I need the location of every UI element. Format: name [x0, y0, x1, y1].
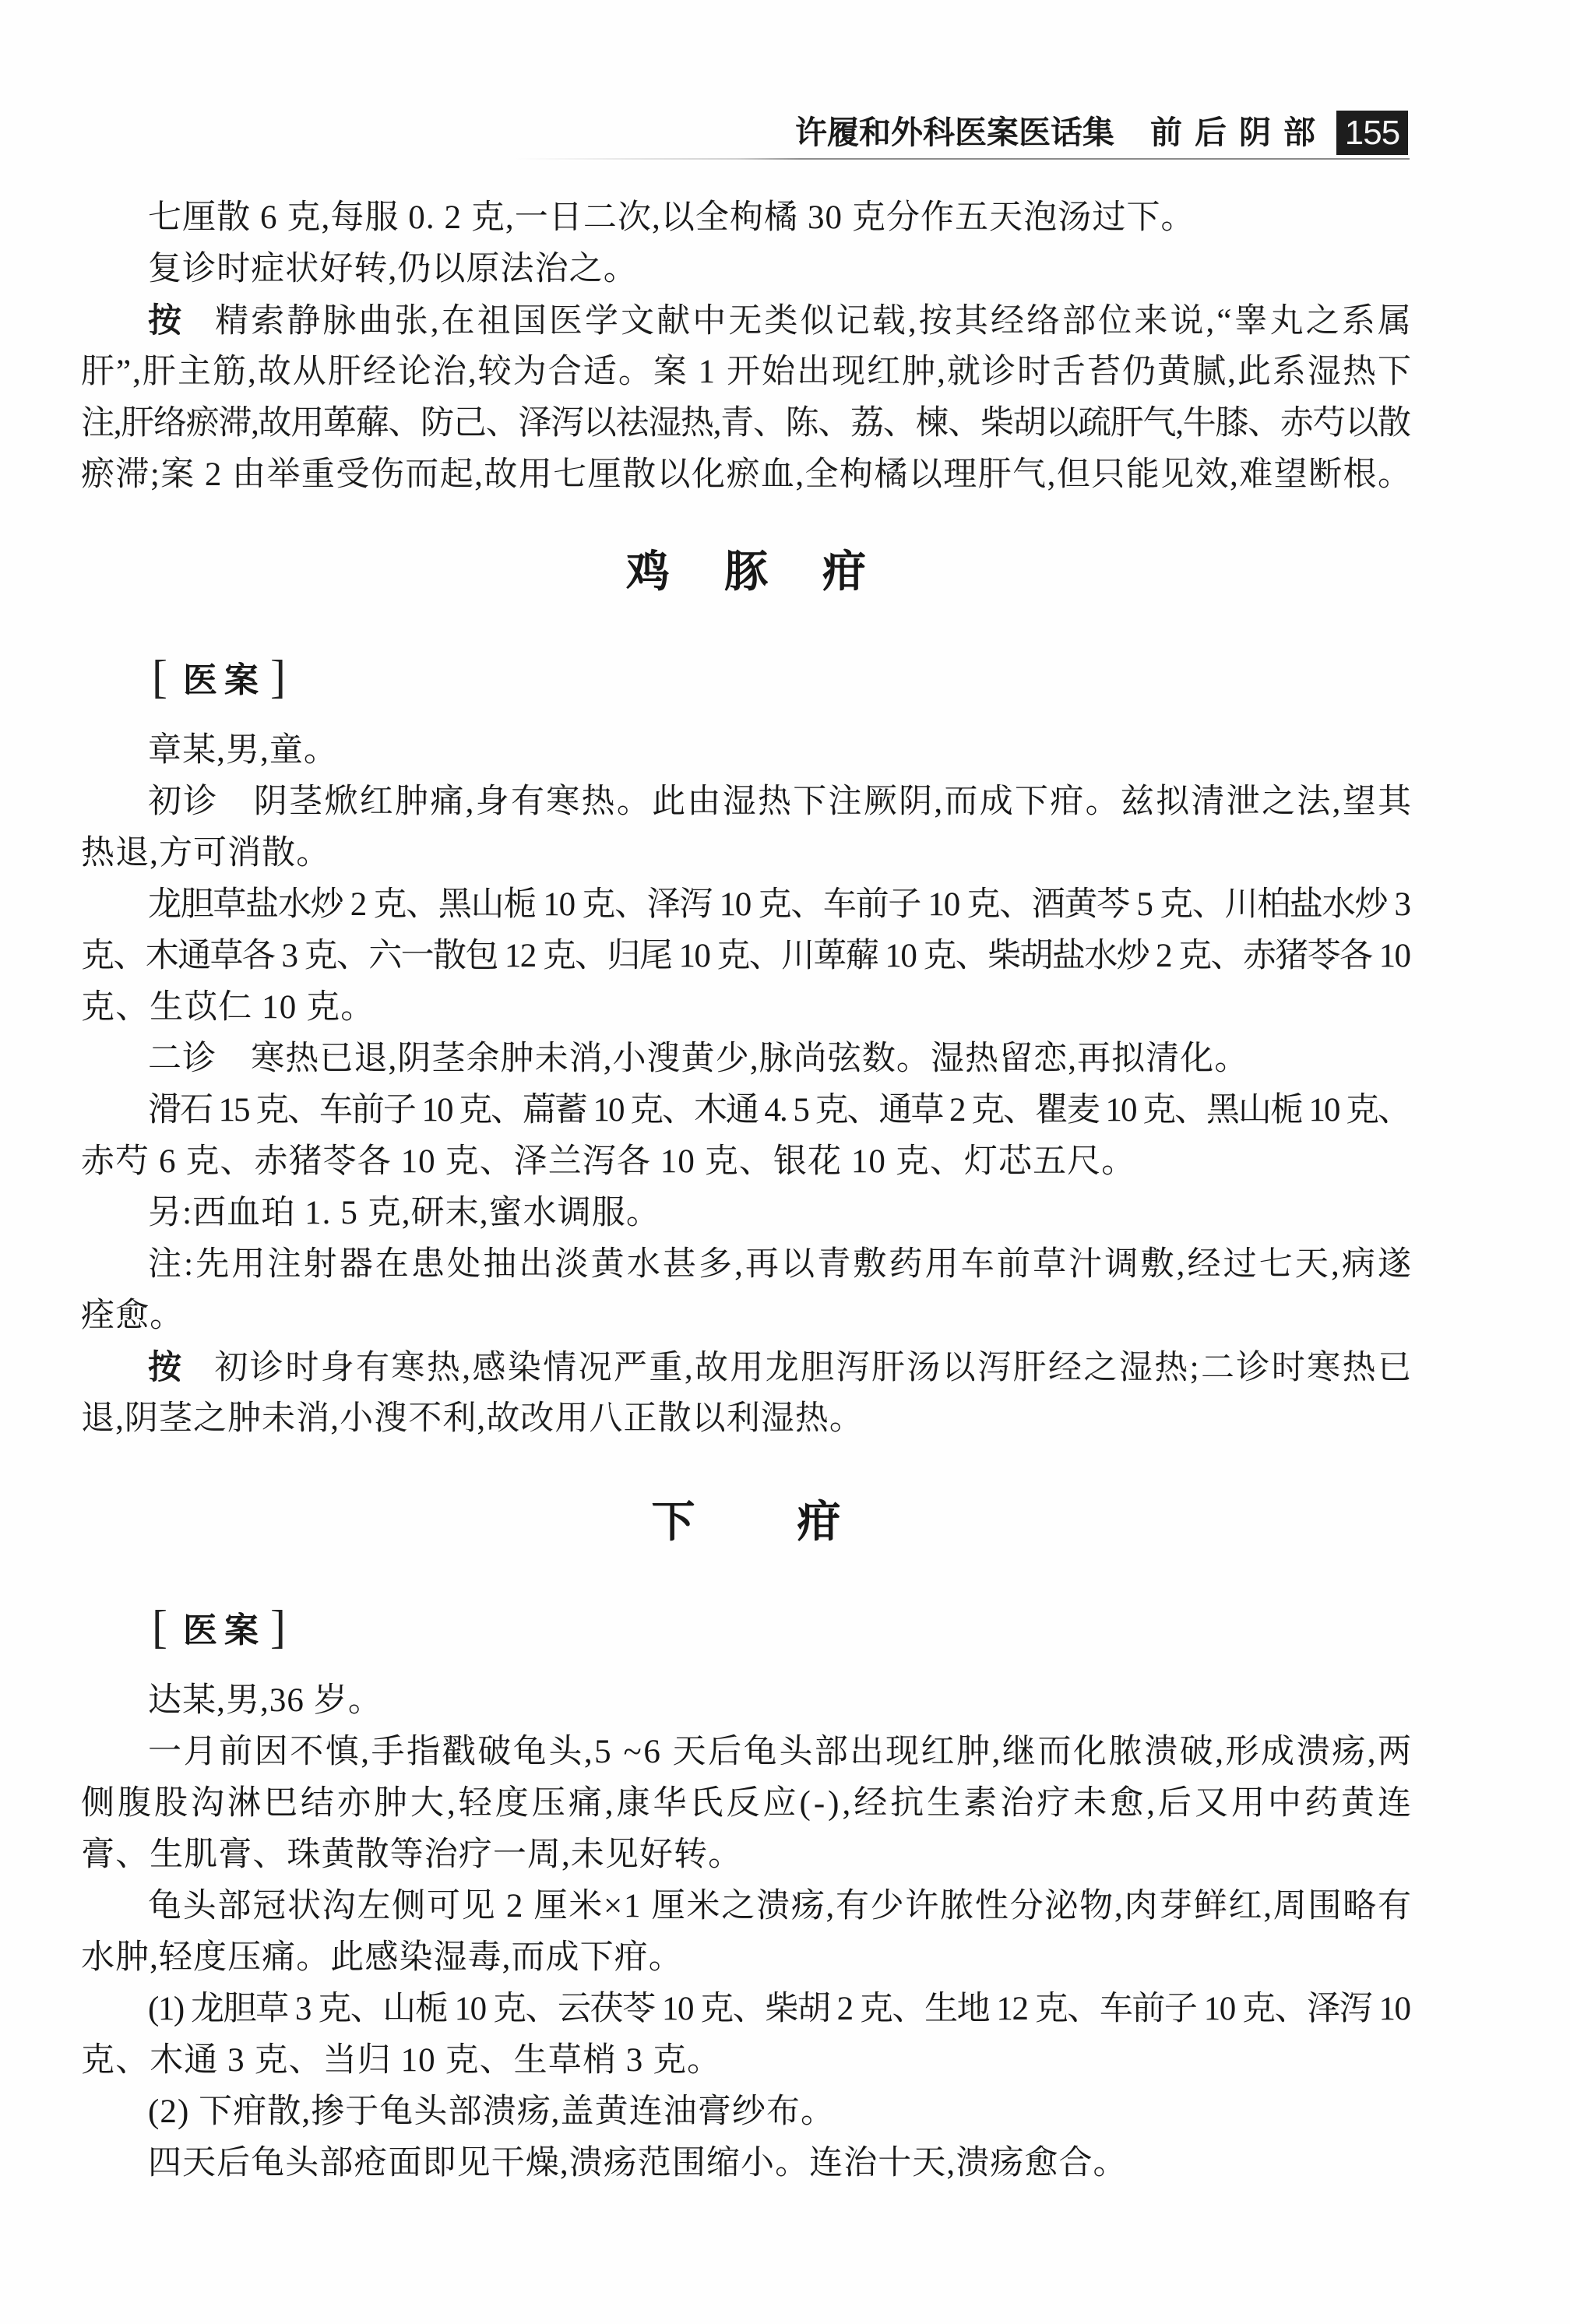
text-line: 二诊 寒热已退,阴茎余肿未消,小溲黄少,脉尚弦数。湿热留恋,再拟清化。 [81, 1033, 1411, 1085]
prescription-line: (2) 下疳散,掺于龟头部溃疡,盖黄连油膏纱布。 [81, 2086, 1411, 2138]
text-line: 初诊 阴茎焮红肿痛,身有寒热。此由湿热下注厥阴,而成下疳。兹拟清泄之法,望其 [81, 776, 1411, 828]
line-text: 侧腹股沟淋巴结亦肿大,轻度压痛,康华氏反应(-),经抗生素治疗未愈,后又用中药黄… [81, 1778, 1414, 1829]
text-line: 侧腹股沟淋巴结亦肿大,轻度压痛,康华氏反应(-),经抗生素治疗未愈,后又用中药黄… [81, 1778, 1411, 1829]
bracket-close: ] [270, 651, 286, 702]
line-text: 龟头部冠状沟左侧可见 2 厘米×1 厘米之溃疡,有少许脓性分泌物,肉芽鲜红,周围… [148, 1881, 1413, 1932]
commentary-line: 按初诊时身有寒热,感染情况严重,故用龙胆泻肝汤以泻肝经之湿热;二诊时寒热已 [81, 1342, 1411, 1393]
line-text: 克、木通 3 克、当归 10 克、生草梢 3 克。 [81, 2035, 721, 2086]
line-text: 水肿,轻度压痛。此感染湿毒,而成下疳。 [81, 1932, 683, 1984]
line-text: 克、生苡仁 10 克。 [81, 982, 375, 1033]
bracket-close: ] [270, 1601, 286, 1653]
prescription-line: (1) 龙胆草 3 克、山栀 10 克、云茯苓 10 克、柴胡 2 克、生地 1… [81, 1984, 1411, 2035]
text-line: 复诊时症状好转,仍以原法治之。 [81, 244, 1411, 295]
commentary-marker: 按 [148, 1348, 183, 1387]
text-line: 注:先用注射器在患处抽出淡黄水甚多,再以青敷药用车前草汁调敷,经过七天,病遂 [81, 1239, 1411, 1291]
text-line: 一月前因不慎,手指戳破龟头,5 ~6 天后龟头部出现红肿,继而化脓溃破,形成溃疡… [81, 1727, 1411, 1778]
continued-text: 七厘散 6 克,每服 0. 2 克,一日二次,以全枸橘 30 克分作五天泡汤过下… [81, 192, 1411, 501]
line-text: 一月前因不慎,手指戳破龟头,5 ~6 天后龟头部出现红肿,继而化脓溃破,形成溃疡… [148, 1727, 1413, 1778]
text-line: 水肿,轻度压痛。此感染湿毒,而成下疳。 [81, 1932, 1411, 1984]
line-text: 复诊时症状好转,仍以原法治之。 [148, 244, 638, 295]
line-text: 四天后龟头部疮面即见干燥,溃疡范围缩小。连治十天,溃疡愈合。 [148, 2138, 1128, 2189]
book-title: 许履和外科医案医话集 [795, 111, 1114, 155]
commentary-line: 退,阴茎之肿未消,小溲不利,故改用八正散以利湿热。 [81, 1393, 1411, 1445]
line-text: 二诊 寒热已退,阴茎余肿未消,小溲黄少,脉尚弦数。湿热留恋,再拟清化。 [148, 1033, 1248, 1085]
commentary-line: 肝”,肝主筋,故从肝经论治,较为合适。案 1 开始出现红肿,就诊时舌苔仍黄腻,此… [81, 347, 1411, 398]
text-line: 四天后龟头部疮面即见干燥,溃疡范围缩小。连治十天,溃疡愈合。 [81, 2138, 1411, 2189]
prescription-line: 滑石 15 克、车前子 10 克、萹蓄 10 克、木通 4. 5 克、通草 2 … [81, 1085, 1411, 1136]
line-text: 七厘散 6 克,每服 0. 2 克,一日二次,以全枸橘 30 克分作五天泡汤过下… [148, 192, 1195, 244]
case-record-label: [ 医案 ] [152, 651, 1411, 702]
book-page: 许履和外科医案医话集 前后阴部 155 七厘散 6 克,每服 0. 2 克,一日… [0, 0, 1570, 2324]
text-line: 热退,方可消散。 [81, 828, 1411, 879]
header-divider [514, 158, 1410, 160]
text-line: 另:西血珀 1. 5 克,研末,蜜水调服。 [81, 1188, 1411, 1239]
commentary-line: 瘀滞;案 2 由举重受伤而起,故用七厘散以化瘀血,全枸橘以理肝气,但只能见效,难… [81, 449, 1411, 501]
line-text: 初诊时身有寒热,感染情况严重,故用龙胆泻肝汤以泻肝经之湿热;二诊时寒热已 [214, 1350, 1413, 1386]
line-text: 瘀滞;案 2 由举重受伤而起,故用七厘散以化瘀血,全枸橘以理肝气,但只能见效,难… [81, 449, 1412, 501]
line-text: 克、木通草各 3 克、六一散包 12 克、归尾 10 克、川萆薢 10 克、柴胡… [81, 931, 1410, 982]
line-text: 膏、生肌膏、珠黄散等治疗一周,未见好转。 [81, 1829, 742, 1881]
text-line: 痊愈。 [81, 1291, 1411, 1342]
bracket-open: [ [152, 1601, 167, 1653]
chapter-title: 前后阴部 [1150, 111, 1328, 155]
commentary-line: 注,肝络瘀滞,故用萆薢、防己、泽泻以祛湿热,青、陈、荔、楝、柴胡以疏肝气,牛膝、… [81, 398, 1411, 449]
case-label-text: 医案 [183, 1602, 266, 1652]
line-text: 初诊 阴茎焮红肿痛,身有寒热。此由湿热下注厥阴,而成下疳。兹拟清泄之法,望其 [148, 776, 1413, 828]
line-text: 注:先用注射器在患处抽出淡黄水甚多,再以青敷药用车前草汁调敷,经过七天,病遂 [148, 1239, 1413, 1291]
prescription-line: 克、木通 3 克、当归 10 克、生草梢 3 克。 [81, 2035, 1411, 2086]
commentary-line: 按精索静脉曲张,在祖国医学文献中无类似记载,按其经络部位来说,“睾丸之系属 [81, 295, 1411, 347]
bracket-open: [ [152, 651, 167, 702]
line-text: 痊愈。 [81, 1291, 184, 1342]
line-text: 赤芍 6 克、赤猪苓各 10 克、泽兰泻各 10 克、银花 10 克、灯芯五尺。 [81, 1136, 1135, 1188]
line-text: 精索静脉曲张,在祖国医学文献中无类似记载,按其经络部位来说,“睾丸之系属 [215, 303, 1413, 340]
line-text: 热退,方可消散。 [81, 828, 330, 879]
text-line: 章某,男,童。 [81, 725, 1411, 776]
case-label-text: 医案 [183, 652, 266, 702]
line-text: 肝”,肝主筋,故从肝经论治,较为合适。案 1 开始出现红肿,就诊时舌苔仍黄腻,此… [81, 347, 1413, 398]
section-heading: 鸡豚疳 [81, 547, 1411, 598]
prescription-line: 克、木通草各 3 克、六一散包 12 克、归尾 10 克、川萆薢 10 克、柴胡… [81, 931, 1411, 982]
line-text: (2) 下疳散,掺于龟头部溃疡,盖黄连油膏纱布。 [148, 2086, 835, 2138]
text-line: 达某,男,36 岁。 [81, 1675, 1411, 1727]
line-text: 达某,男,36 岁。 [148, 1675, 382, 1727]
section-heading: 下疳 [81, 1497, 1411, 1548]
prescription-line: 克、生苡仁 10 克。 [81, 982, 1411, 1033]
text-line: 七厘散 6 克,每服 0. 2 克,一日二次,以全枸橘 30 克分作五天泡汤过下… [81, 192, 1411, 244]
line-text: 退,阴茎之肿未消,小溲不利,故改用八正散以利湿热。 [81, 1393, 864, 1445]
section-jitungan: 鸡豚疳 [ 医案 ] 章某,男,童。 初诊 阴茎焮红肿痛,身有寒热。此由湿热下注… [81, 547, 1411, 1445]
prescription-line: 龙胆草盐水炒 2 克、黑山栀 10 克、泽泻 10 克、车前子 10 克、酒黄芩… [81, 879, 1411, 931]
commentary-marker: 按 [148, 301, 184, 340]
line-text: (1) 龙胆草 3 克、山栀 10 克、云茯苓 10 克、柴胡 2 克、生地 1… [148, 1984, 1410, 2035]
page-number-badge: 155 [1336, 111, 1408, 155]
text-line: 龟头部冠状沟左侧可见 2 厘米×1 厘米之溃疡,有少许脓性分泌物,肉芽鲜红,周围… [81, 1881, 1411, 1932]
line-text: 注,肝络瘀滞,故用萆薢、防己、泽泻以祛湿热,青、陈、荔、楝、柴胡以疏肝气,牛膝、… [81, 398, 1410, 449]
text-line: 膏、生肌膏、珠黄散等治疗一周,未见好转。 [81, 1829, 1411, 1881]
line-text: 滑石 15 克、车前子 10 克、萹蓄 10 克、木通 4. 5 克、通草 2 … [148, 1085, 1410, 1136]
section-xiagan: 下疳 [ 医案 ] 达某,男,36 岁。 一月前因不慎,手指戳破龟头,5 ~6 … [81, 1497, 1411, 2189]
prescription-line: 赤芍 6 克、赤猪苓各 10 克、泽兰泻各 10 克、银花 10 克、灯芯五尺。 [81, 1136, 1411, 1188]
running-header: 许履和外科医案医话集 前后阴部 155 [795, 111, 1408, 155]
line-text: 章某,男,童。 [148, 725, 338, 776]
line-text: 另:西血珀 1. 5 克,研末,蜜水调服。 [148, 1188, 660, 1239]
line-text: 龙胆草盐水炒 2 克、黑山栀 10 克、泽泻 10 克、车前子 10 克、酒黄芩… [148, 879, 1410, 931]
case-record-label: [ 医案 ] [152, 1601, 1411, 1653]
